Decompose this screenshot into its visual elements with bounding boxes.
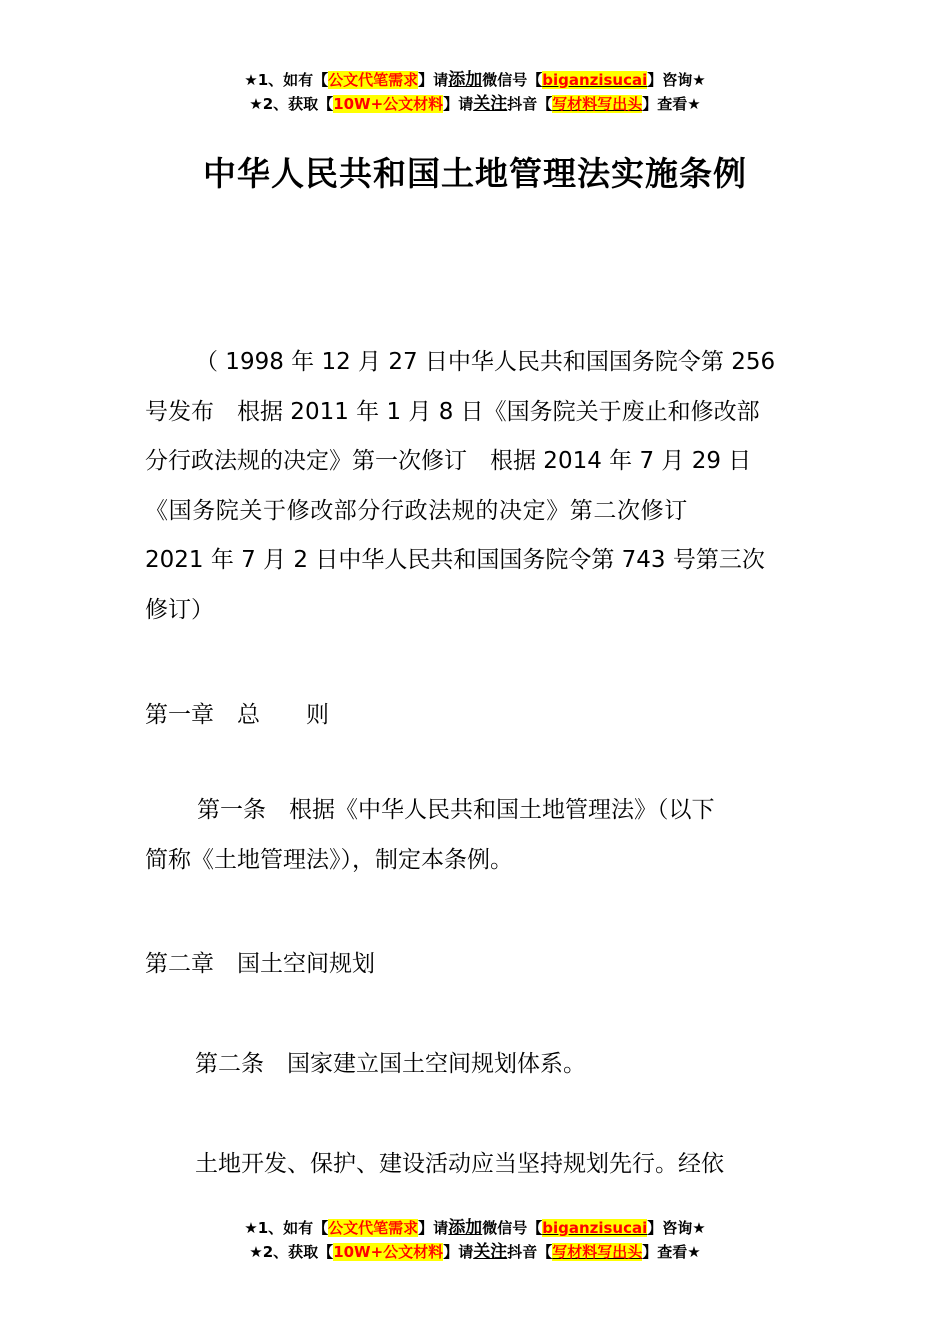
promo-text: 】咨询★ bbox=[647, 71, 705, 89]
chapter-heading-2: 第二章 国土空间规划 bbox=[145, 945, 375, 978]
promo-line-1: ★1、如有【公文代笔需求】请添加微信号【biganzisucai】咨询★ bbox=[0, 68, 950, 92]
paragraph-3: 土地开发、保护、建设活动应当坚持规划先行。经依 bbox=[195, 1145, 724, 1178]
preamble-line: 分行政法规的决定》第一次修订 根据 2014 年 7 月 29 日 bbox=[145, 437, 810, 487]
promo-footer: ★1、如有【公文代笔需求】请添加微信号【biganzisucai】咨询★ ★2、… bbox=[0, 1216, 950, 1264]
document-title: 中华人民共和国土地管理法实施条例 bbox=[0, 148, 950, 195]
promo-text: 】查看★ bbox=[642, 1243, 700, 1261]
promo-text: 抖音【 bbox=[507, 95, 552, 113]
highlight-ghostwriting: 公文代笔需求 bbox=[328, 71, 418, 89]
highlight-douyin-id: 写材料写出头 bbox=[552, 1243, 642, 1261]
promo-text: ★2、获取【 bbox=[249, 1243, 333, 1261]
promo-text: 】查看★ bbox=[642, 95, 700, 113]
promo-text: 】请 bbox=[443, 1243, 473, 1261]
article-2: 第二条 国家建立国土空间规划体系。 bbox=[195, 1045, 586, 1078]
promo-text: 】咨询★ bbox=[647, 1219, 705, 1237]
underline-follow: 关注 bbox=[473, 1242, 507, 1262]
highlight-douyin-id: 写材料写出头 bbox=[552, 95, 642, 113]
promo-line-2: ★2、获取【10W+公文材料】请关注抖音【写材料写出头】查看★ bbox=[0, 92, 950, 116]
article-line: 第一条 根据《中华人民共和国土地管理法》（以下 bbox=[145, 786, 810, 836]
underline-add: 添加 bbox=[448, 1218, 482, 1238]
preamble: （ 1998 年 12 月 27 日中华人民共和国国务院令第 256 号发布 根… bbox=[145, 338, 810, 636]
promo-text: ★2、获取【 bbox=[249, 95, 333, 113]
underline-follow: 关注 bbox=[473, 94, 507, 114]
promo-line-2: ★2、获取【10W+公文材料】请关注抖音【写材料写出头】查看★ bbox=[0, 1240, 950, 1264]
highlight-materials: 10W+公文材料 bbox=[333, 1243, 443, 1261]
preamble-line: 《国务院关于修改部分行政法规的决定》第二次修订 bbox=[145, 487, 810, 537]
preamble-line: 号发布 根据 2011 年 1 月 8 日《国务院关于废止和修改部 bbox=[145, 388, 810, 438]
preamble-line: （ 1998 年 12 月 27 日中华人民共和国国务院令第 256 bbox=[145, 338, 810, 388]
promo-text: 】请 bbox=[418, 71, 448, 89]
highlight-wechat-id: biganzisucai bbox=[542, 1219, 647, 1237]
article-1: 第一条 根据《中华人民共和国土地管理法》（以下 简称《土地管理法》），制定本条例… bbox=[145, 786, 810, 885]
promo-text: 微信号【 bbox=[482, 1219, 542, 1237]
promo-text: 抖音【 bbox=[507, 1243, 552, 1261]
underline-add: 添加 bbox=[448, 70, 482, 90]
article-line: 简称《土地管理法》），制定本条例。 bbox=[145, 836, 810, 886]
promo-text: ★1、如有【 bbox=[244, 71, 328, 89]
highlight-wechat-id: biganzisucai bbox=[542, 71, 647, 89]
chapter-heading-1: 第一章 总 则 bbox=[145, 696, 329, 729]
preamble-line: 修订） bbox=[145, 586, 810, 636]
highlight-ghostwriting: 公文代笔需求 bbox=[328, 1219, 418, 1237]
highlight-materials: 10W+公文材料 bbox=[333, 95, 443, 113]
promo-text: ★1、如有【 bbox=[244, 1219, 328, 1237]
promo-text: 】请 bbox=[418, 1219, 448, 1237]
preamble-line: 2021 年 7 月 2 日中华人民共和国国务院令第 743 号第三次 bbox=[145, 536, 810, 586]
promo-text: 微信号【 bbox=[482, 71, 542, 89]
promo-line-1: ★1、如有【公文代笔需求】请添加微信号【biganzisucai】咨询★ bbox=[0, 1216, 950, 1240]
promo-header: ★1、如有【公文代笔需求】请添加微信号【biganzisucai】咨询★ ★2、… bbox=[0, 68, 950, 116]
promo-text: 】请 bbox=[443, 95, 473, 113]
